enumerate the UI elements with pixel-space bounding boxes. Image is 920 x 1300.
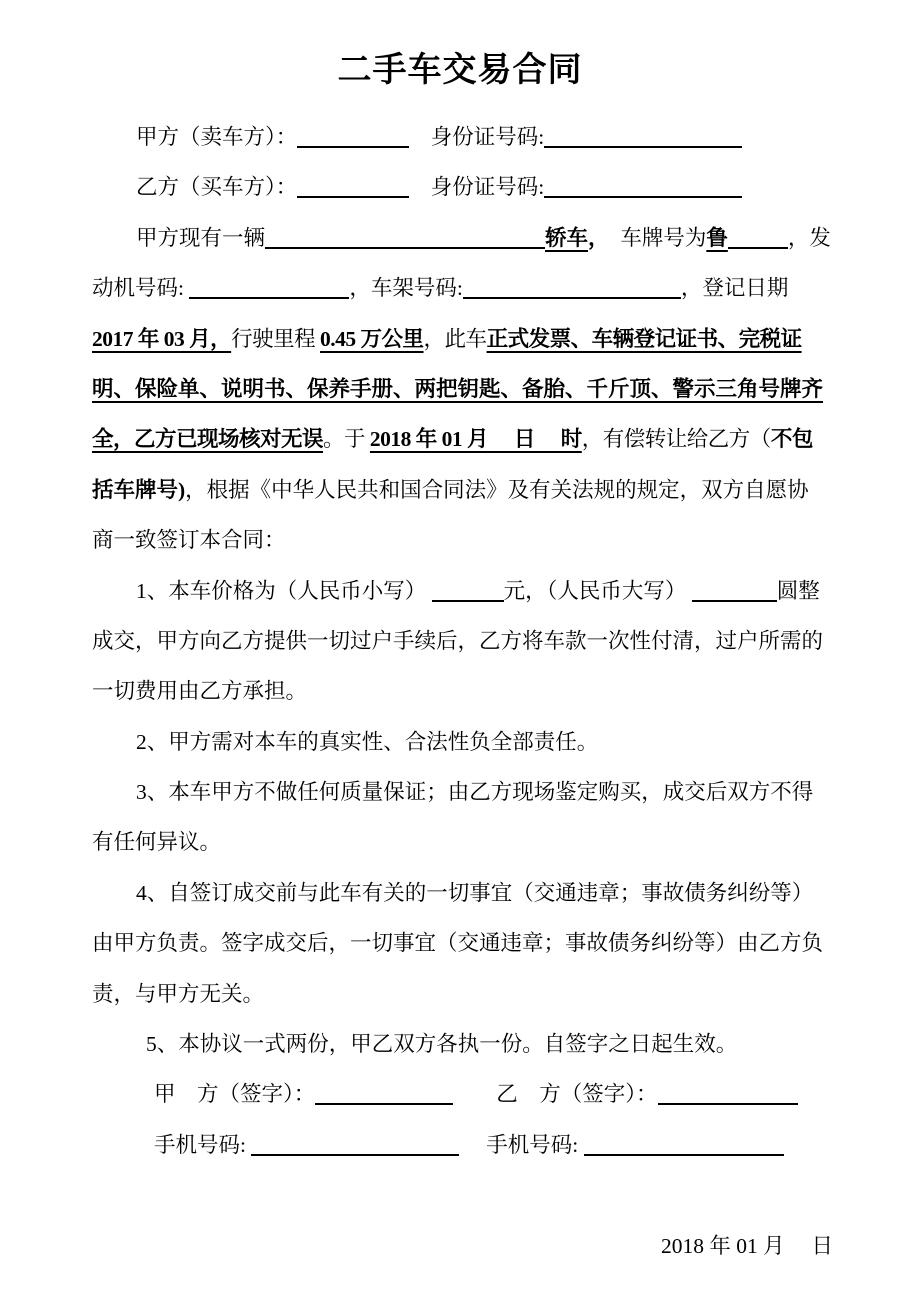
signature-line: 甲 方（签字）： 乙 方（签字）： <box>92 1069 845 1119</box>
text-run: 有任何异议。 <box>92 830 221 854</box>
text-run: 车牌号为 <box>620 226 706 250</box>
text-run <box>409 125 431 149</box>
party-a-signature-label: 甲 方（签字）： <box>154 1082 315 1106</box>
text-run: 甲方现有一辆 <box>136 226 265 250</box>
car-paragraph-line-1: 甲方现有一辆轿车， 车牌号为鲁，发 <box>92 213 845 263</box>
party-b-signature-label: 乙 方（签字）： <box>496 1082 657 1106</box>
party-a-label: 甲方（卖车方）： <box>136 125 297 149</box>
engine-number-blank <box>189 291 349 299</box>
text-run <box>453 1082 496 1106</box>
contract-date-value: 2018 年 01 月 日 <box>661 1234 833 1258</box>
text-run: 括车牌号) <box>92 478 185 502</box>
engine-number-label: 动机号码: <box>92 276 189 300</box>
text-run: 正式发票、车辆登记证书、完税证 <box>487 327 802 351</box>
party-a-name-blank <box>297 140 409 148</box>
text-run: 不包 <box>771 427 813 451</box>
clause-1-line-2: 成交，甲方向乙方提供一切过户手续后，乙方将车款一次性付清，过户所需的 <box>92 616 845 666</box>
clause-3-line-2: 有任何异议。 <box>92 817 845 867</box>
text-run: 明、保险单、说明书、保养手册、两把钥匙、备胎、千斤顶、警示三角号牌齐 <box>92 377 823 401</box>
price-words-blank <box>692 594 777 602</box>
text-run: 由甲方负责。签字成交后，一切事宜（交通违章；事故债务纠纷等）由乙方负 <box>92 931 823 955</box>
party-a-id-label: 身份证号码: <box>431 125 544 149</box>
car-paragraph-line-2: 动机号码: ，车架号码:，登记日期 <box>92 263 845 313</box>
text-run: 行驶里程 <box>231 327 320 351</box>
car-paragraph-line-4: 明、保险单、说明书、保养手册、两把钥匙、备胎、千斤顶、警示三角号牌齐 <box>92 364 845 414</box>
registration-date-value: 2017 年 03 月， <box>92 327 231 351</box>
car-paragraph-line-5: 全，乙方已现场核对无误。于 2018 年 01 月 日 时，有偿转让给乙方（不包 <box>92 414 845 464</box>
transfer-date-value: 2018 年 01 月 日 时 <box>370 427 582 451</box>
party-b-label: 乙方（买车方）： <box>136 175 297 199</box>
text-run: 圆整 <box>777 579 820 603</box>
party-b-id-label: 身份证号码: <box>431 175 544 199</box>
party-b-signature-blank <box>658 1097 798 1105</box>
clause-5-line: 5、本协议一式两份，甲乙双方各执一份。自签字之日起生效。 <box>92 1019 845 1069</box>
text-run: ，根据《中华人民共和国合同法》及有关法规的规定，双方自愿协 <box>185 478 809 502</box>
document-lines: 甲方（卖车方）： 身份证号码:乙方（买车方）： 身份证号码:甲方现有一辆轿车， … <box>0 112 920 1271</box>
mileage-value: 0.45 万公里 <box>320 327 424 351</box>
contract-page: 二手车交易合同 甲方（卖车方）： 身份证号码:乙方（买车方）： 身份证号码:甲方… <box>0 0 920 1300</box>
vin-blank <box>463 291 681 299</box>
text-run: ，发 <box>788 226 831 250</box>
plate-number-blank <box>728 241 788 249</box>
clause-4-line-1: 4、自签订成交前与此车有关的一切事宜（交通违章；事故债务纠纷等） <box>92 868 845 918</box>
text-run: 一切费用由乙方承担。 <box>92 679 307 703</box>
document-title: 二手车交易合同 <box>0 0 920 92</box>
clause-3-line-1: 3、本车甲方不做任何质量保证；由乙方现场鉴定购买，成交后双方不得 <box>92 767 845 817</box>
price-numeric-blank <box>432 594 504 602</box>
text-run: 全，乙方已现场核对无误 <box>92 427 323 451</box>
phone-line: 手机号码: 手机号码: <box>92 1120 845 1170</box>
vin-label: ，车架号码: <box>349 276 462 300</box>
text-run: 2、甲方需对本车的真实性、合法性负全部责任。 <box>136 730 598 754</box>
party-a-phone-blank <box>251 1148 459 1156</box>
car-paragraph-line-3: 2017 年 03 月，行驶里程 0.45 万公里，此车正式发票、车辆登记证书、… <box>92 314 845 364</box>
text-run: ，登记日期 <box>681 276 789 300</box>
party-b-name-blank <box>297 190 409 198</box>
clause-1-line-3: 一切费用由乙方承担。 <box>92 666 845 716</box>
car-type-value: 轿车 <box>545 226 588 250</box>
plate-prefix-value: 鲁 <box>706 226 728 250</box>
text-run: 商一致签订本合同： <box>92 528 286 552</box>
clause-2-line: 2、甲方需对本车的真实性、合法性负全部责任。 <box>92 717 845 767</box>
date-line: 2018 年 01 月 日 <box>92 1221 845 1271</box>
party-b-phone-label: 手机号码: <box>486 1133 583 1157</box>
car-paragraph-line-6: 括车牌号)，根据《中华人民共和国合同法》及有关法规的规定，双方自愿协 <box>92 465 845 515</box>
text-run: ，此车 <box>424 327 487 351</box>
text-run: 4、自签订成交前与此车有关的一切事宜（交通违章；事故债务纠纷等） <box>136 881 813 905</box>
text-run: 3、本车甲方不做任何质量保证；由乙方现场鉴定购买，成交后双方不得 <box>136 780 813 804</box>
spacer-line <box>92 1170 845 1220</box>
party-b-phone-blank <box>584 1148 784 1156</box>
price-words-label: 元，（人民币大写） <box>504 579 692 603</box>
car-model-blank <box>265 241 545 249</box>
text-run: 责，与甲方无关。 <box>92 982 264 1006</box>
party-b-line: 乙方（买车方）： 身份证号码: <box>92 162 845 212</box>
clause-1-line-1: 1、本车价格为（人民币小写） 元，（人民币大写） 圆整 <box>92 566 845 616</box>
car-paragraph-line-7: 商一致签订本合同： <box>92 515 845 565</box>
text-run: ，有偿转让给乙方（ <box>582 427 771 451</box>
text-run <box>409 175 431 199</box>
text-run: ， <box>588 226 599 250</box>
text-run: 成交，甲方向乙方提供一切过户手续后，乙方将车款一次性付清，过户所需的 <box>92 629 823 653</box>
text-run <box>599 226 621 250</box>
clause-4-line-3: 责，与甲方无关。 <box>92 969 845 1019</box>
party-b-id-blank <box>544 190 742 198</box>
price-numeric-label: 1、本车价格为（人民币小写） <box>136 579 432 603</box>
party-a-line: 甲方（卖车方）： 身份证号码: <box>92 112 845 162</box>
clause-4-line-2: 由甲方负责。签字成交后，一切事宜（交通违章；事故债务纠纷等）由乙方负 <box>92 918 845 968</box>
party-a-signature-blank <box>315 1097 453 1105</box>
party-a-phone-label: 手机号码: <box>154 1133 251 1157</box>
text-run <box>459 1133 486 1157</box>
party-a-id-blank <box>544 140 742 148</box>
text-run: 5、本协议一式两份，甲乙双方各执一份。自签字之日起生效。 <box>146 1032 737 1056</box>
text-run: 。于 <box>323 427 370 451</box>
